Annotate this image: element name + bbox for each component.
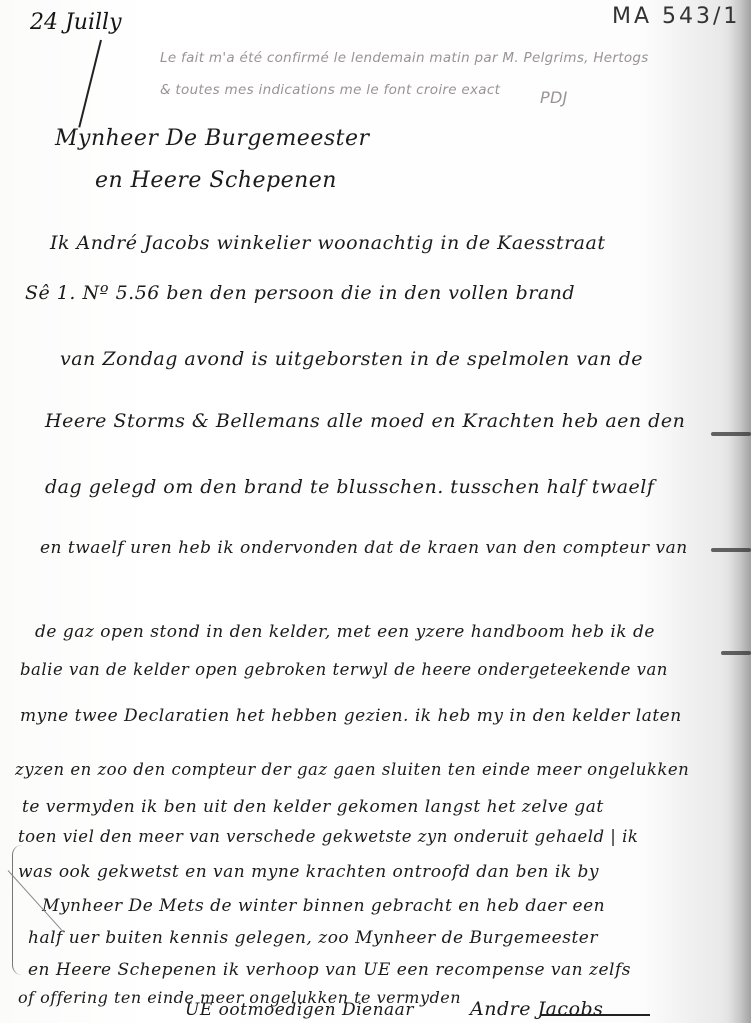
body-line: toen viel den meer van verschede gekwets… (18, 827, 638, 846)
fold-mark (711, 548, 751, 552)
salutation-line: en Heere Schepenen (95, 168, 337, 193)
pencil-initials: PDJ (540, 88, 568, 107)
body-line: Mynheer De Mets de winter binnen gebrach… (42, 896, 605, 916)
body-line: was ook gekwetst en van myne krachten on… (18, 862, 599, 882)
signature-underline (540, 1014, 650, 1016)
body-line: myne twee Declaratien het hebben gezien.… (20, 706, 682, 726)
body-line: de gaz open stond in den kelder, met een… (35, 622, 655, 642)
closing-formula: UE ootmoedigen Dienaar (185, 1000, 414, 1020)
scanned-letter-page: MA 543/1 24 Juilly Le fait m'a été confi… (0, 0, 751, 1023)
body-line: zyzen en zoo den compteur der gaz gaen s… (15, 760, 689, 779)
body-line: Heere Storms & Bellemans alle moed en Kr… (45, 410, 685, 432)
date-flourish (78, 40, 102, 128)
pencil-annotation-line: & toutes mes indications me le font croi… (160, 82, 500, 98)
page-edge-shadow (729, 0, 751, 1023)
body-line: balie van de kelder open gebroken terwyl… (20, 660, 668, 679)
letter-date: 24 Juilly (30, 10, 122, 35)
signature: Andre Jacobs (470, 998, 603, 1020)
body-line: te vermyden ik ben uit den kelder gekome… (22, 797, 604, 817)
body-line: dag gelegd om den brand te blusschen. tu… (45, 476, 654, 498)
body-line: half uer buiten kennis gelegen, zoo Mynh… (28, 928, 598, 948)
pencil-annotation-line: Le fait m'a été confirmé le lendemain ma… (160, 50, 649, 66)
body-line: en twaelf uren heb ik ondervonden dat de… (40, 538, 688, 558)
margin-bracket (12, 845, 23, 975)
salutation-line: Mynheer De Burgemeester (55, 126, 370, 151)
body-line: en Heere Schepenen ik verhoop van UE een… (28, 960, 631, 980)
body-line: Ik André Jacobs winkelier woonachtig in … (50, 232, 605, 254)
body-line: Sê 1. Nº 5.56 ben den persoon die in den… (25, 282, 575, 304)
fold-mark (711, 432, 751, 436)
archive-reference-number: MA 543/1 (612, 4, 740, 29)
fold-mark (721, 651, 751, 655)
body-line: van Zondag avond is uitgeborsten in de s… (60, 348, 643, 370)
